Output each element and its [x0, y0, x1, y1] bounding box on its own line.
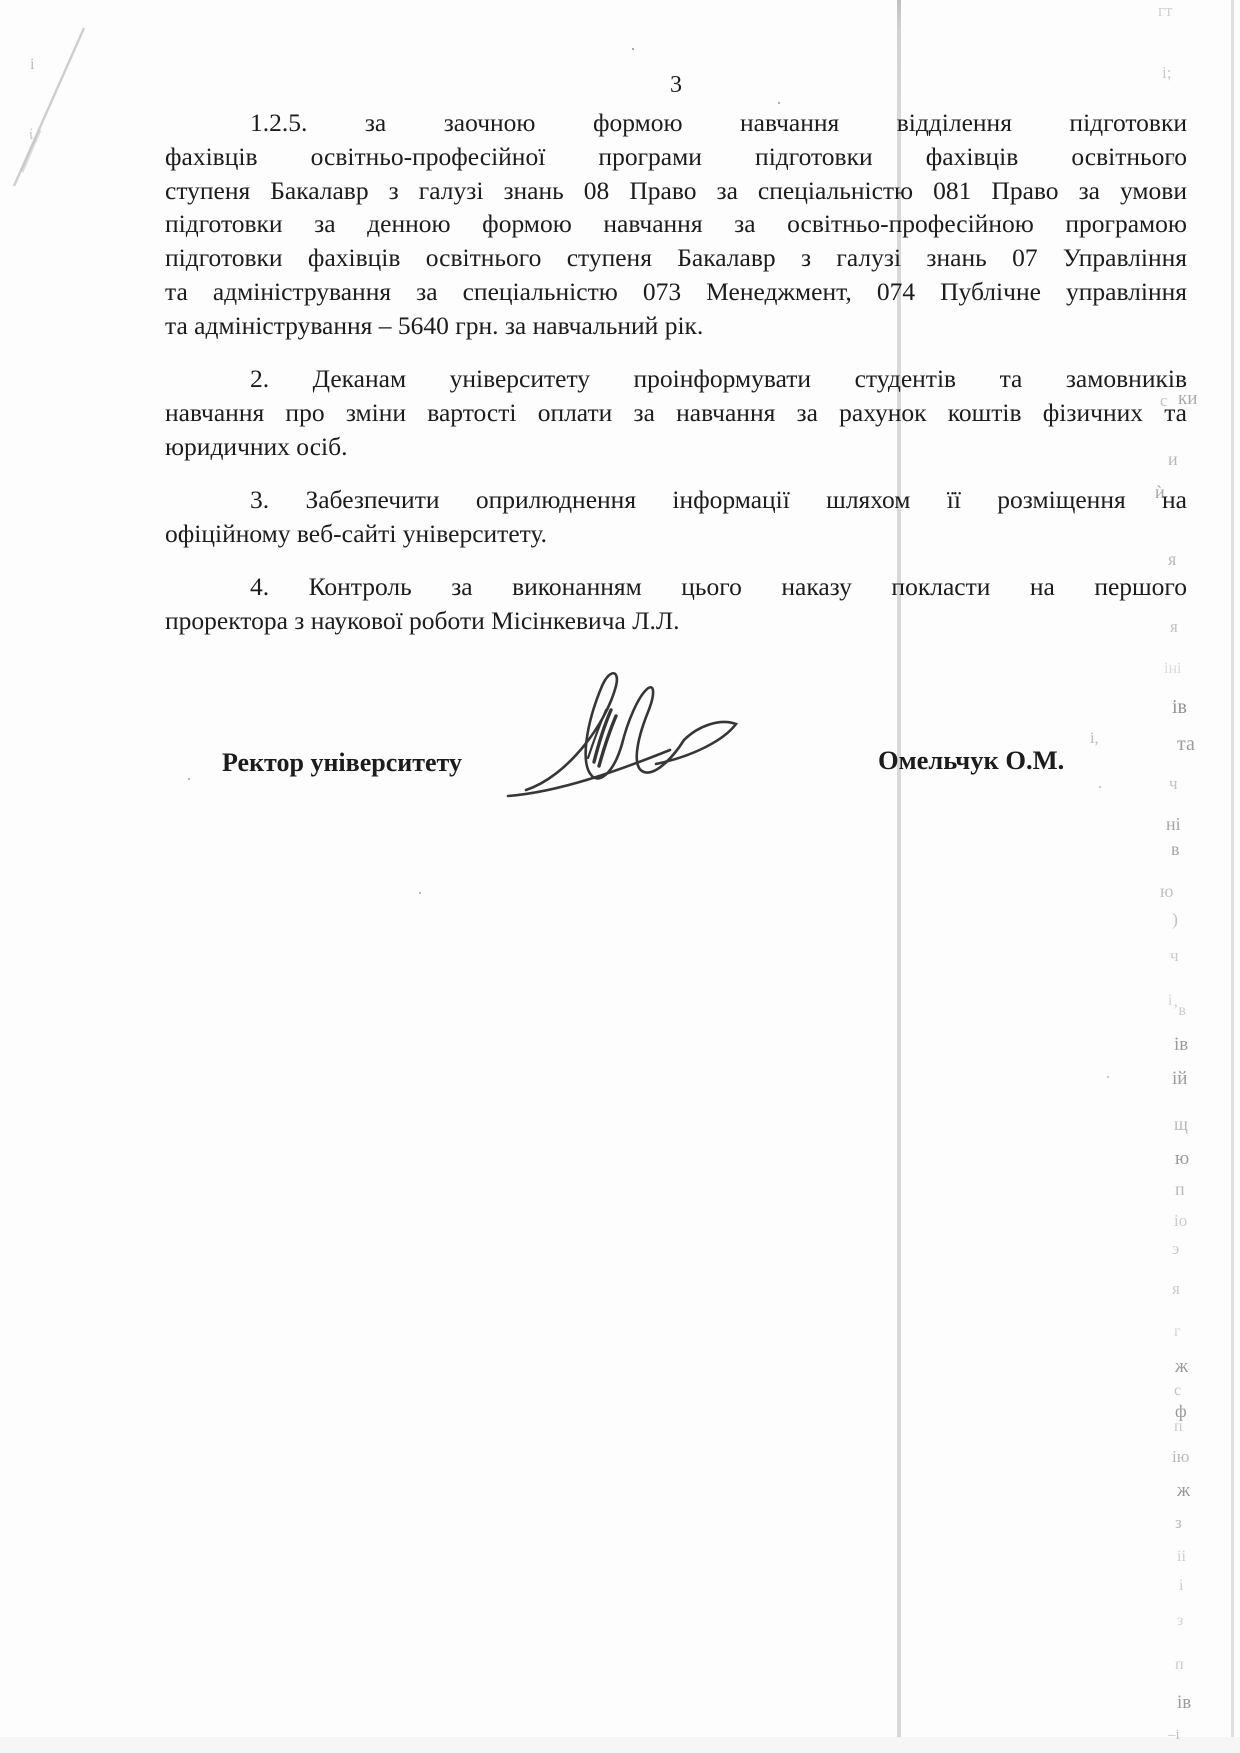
bleed-artifact: п [1175, 1180, 1185, 1198]
scratch-artifact [0, 0, 120, 220]
document-page: 3 1.2.5. за заочною формою навчання відд… [0, 0, 1240, 1753]
page-number: 3 [165, 72, 1187, 98]
bleed-artifact: с [1160, 392, 1168, 410]
text-line: проректора з наукової роботи Місінкевича… [165, 604, 1187, 638]
text-line: підготовки фахівців освітнього ступеня Б… [165, 241, 1187, 275]
text-line: фахівців освітньо-професійної програми п… [165, 140, 1187, 174]
scan-bottom-band [0, 1737, 1240, 1753]
bleed-artifact: іі [1177, 1548, 1186, 1566]
text-line: юридичних осіб. [165, 430, 1187, 464]
bleed-artifact: ки [1178, 390, 1197, 408]
bleed-artifact: ) [1172, 910, 1178, 928]
bleed-artifact: і [1179, 1577, 1183, 1595]
bleed-artifact: іні [1164, 660, 1181, 678]
bleed-artifact: и [1168, 450, 1178, 468]
bleed-artifact: в [1171, 840, 1180, 858]
bleed-artifact: э [1172, 1240, 1179, 1258]
text-line: офіційному веб-сайті університету. [165, 517, 1187, 551]
text-line: навчання про зміни вартості оплати за на… [165, 396, 1187, 430]
page-edge-line [1231, 0, 1234, 1753]
bleed-artifact: г [1174, 1323, 1181, 1341]
bleed-artifact: ю [1160, 882, 1173, 900]
paragraph-item-4: 4. Контроль за виконанням цього наказу п… [165, 570, 1187, 638]
paragraph-item-2: 2. Деканам університету проінформувати с… [165, 362, 1187, 463]
text-line: підготовки за денною формою навчання за … [165, 207, 1187, 241]
bleed-artifact: з [1175, 1514, 1182, 1532]
text-line: та адміністрування за спеціальністю 073 … [165, 275, 1187, 309]
text-line: та адміністрування – 5640 грн. за навчал… [165, 309, 1187, 343]
bleed-artifact: ів [1174, 1036, 1188, 1054]
bleed-artifact: ч [1170, 947, 1179, 965]
text-line: ступеня Бакалавр з галузі знань 08 Право… [165, 174, 1187, 208]
bleed-artifact: та [1177, 735, 1195, 753]
bleed-artifact: · [1105, 1068, 1111, 1086]
bleed-artifact: ій [1172, 1070, 1187, 1088]
bleed-artifact: щ [1174, 1115, 1188, 1133]
bleed-artifact: · [1097, 778, 1103, 796]
bleed-artifact: ж [1175, 1358, 1188, 1376]
bleed-artifact: · [776, 94, 782, 112]
bleed-artifact: і [1168, 992, 1172, 1010]
bleed-artifact: п [1175, 1656, 1184, 1674]
text-line: 1.2.5. за заочною формою навчання відділ… [165, 106, 1187, 140]
text-line: 3. Забезпечити оприлюднення інформації ш… [165, 483, 1187, 517]
bleed-artifact: ѝ [1155, 483, 1165, 501]
bleed-artifact: я [1172, 1280, 1180, 1298]
bleed-artifact: ію [1172, 1448, 1189, 1466]
signatory-name: Омельчук О.М. [878, 745, 1064, 775]
signature [498, 664, 763, 804]
bleed-artifact: і [30, 56, 34, 74]
bleed-artifact: ні [1166, 815, 1181, 833]
signatory-role: Ректор університету [222, 748, 462, 778]
bleed-artifact: і, [1090, 730, 1098, 748]
paragraph-item-1-2-5: 1.2.5. за заочною формою навчання відділ… [165, 106, 1187, 343]
bleed-artifact: ʼв [1173, 1002, 1186, 1020]
bleed-artifact: і; [1162, 64, 1171, 82]
text-line: 2. Деканам університету проінформувати с… [165, 362, 1187, 396]
bleed-artifact: ί [29, 126, 33, 144]
bleed-artifact: · [417, 884, 423, 902]
bleed-artifact: п [1174, 1418, 1183, 1436]
bleed-artifact: · [186, 770, 192, 788]
bleed-artifact: · [630, 40, 636, 58]
bleed-artifact: ж [1177, 1482, 1190, 1500]
bleed-artifact: ю [1175, 1150, 1189, 1168]
bleed-artifact: ів [1177, 1694, 1191, 1712]
bleed-artifact: гт [1158, 2, 1172, 20]
bleed-artifact: ч [1169, 775, 1178, 793]
bleed-artifact: з [1177, 1612, 1183, 1630]
bleed-artifact: с [1174, 1382, 1181, 1400]
bleed-artifact: и [1166, 150, 1175, 168]
bleed-artifact: ів [1172, 698, 1187, 716]
bleed-artifact: –і [1168, 1726, 1180, 1744]
paragraph-item-3: 3. Забезпечити оприлюднення інформації ш… [165, 483, 1187, 551]
bleed-artifact: іо [1174, 1212, 1187, 1230]
text-line: 4. Контроль за виконанням цього наказу п… [165, 570, 1187, 604]
bleed-artifact: я [1168, 550, 1176, 568]
bleed-artifact: я [1170, 618, 1178, 636]
